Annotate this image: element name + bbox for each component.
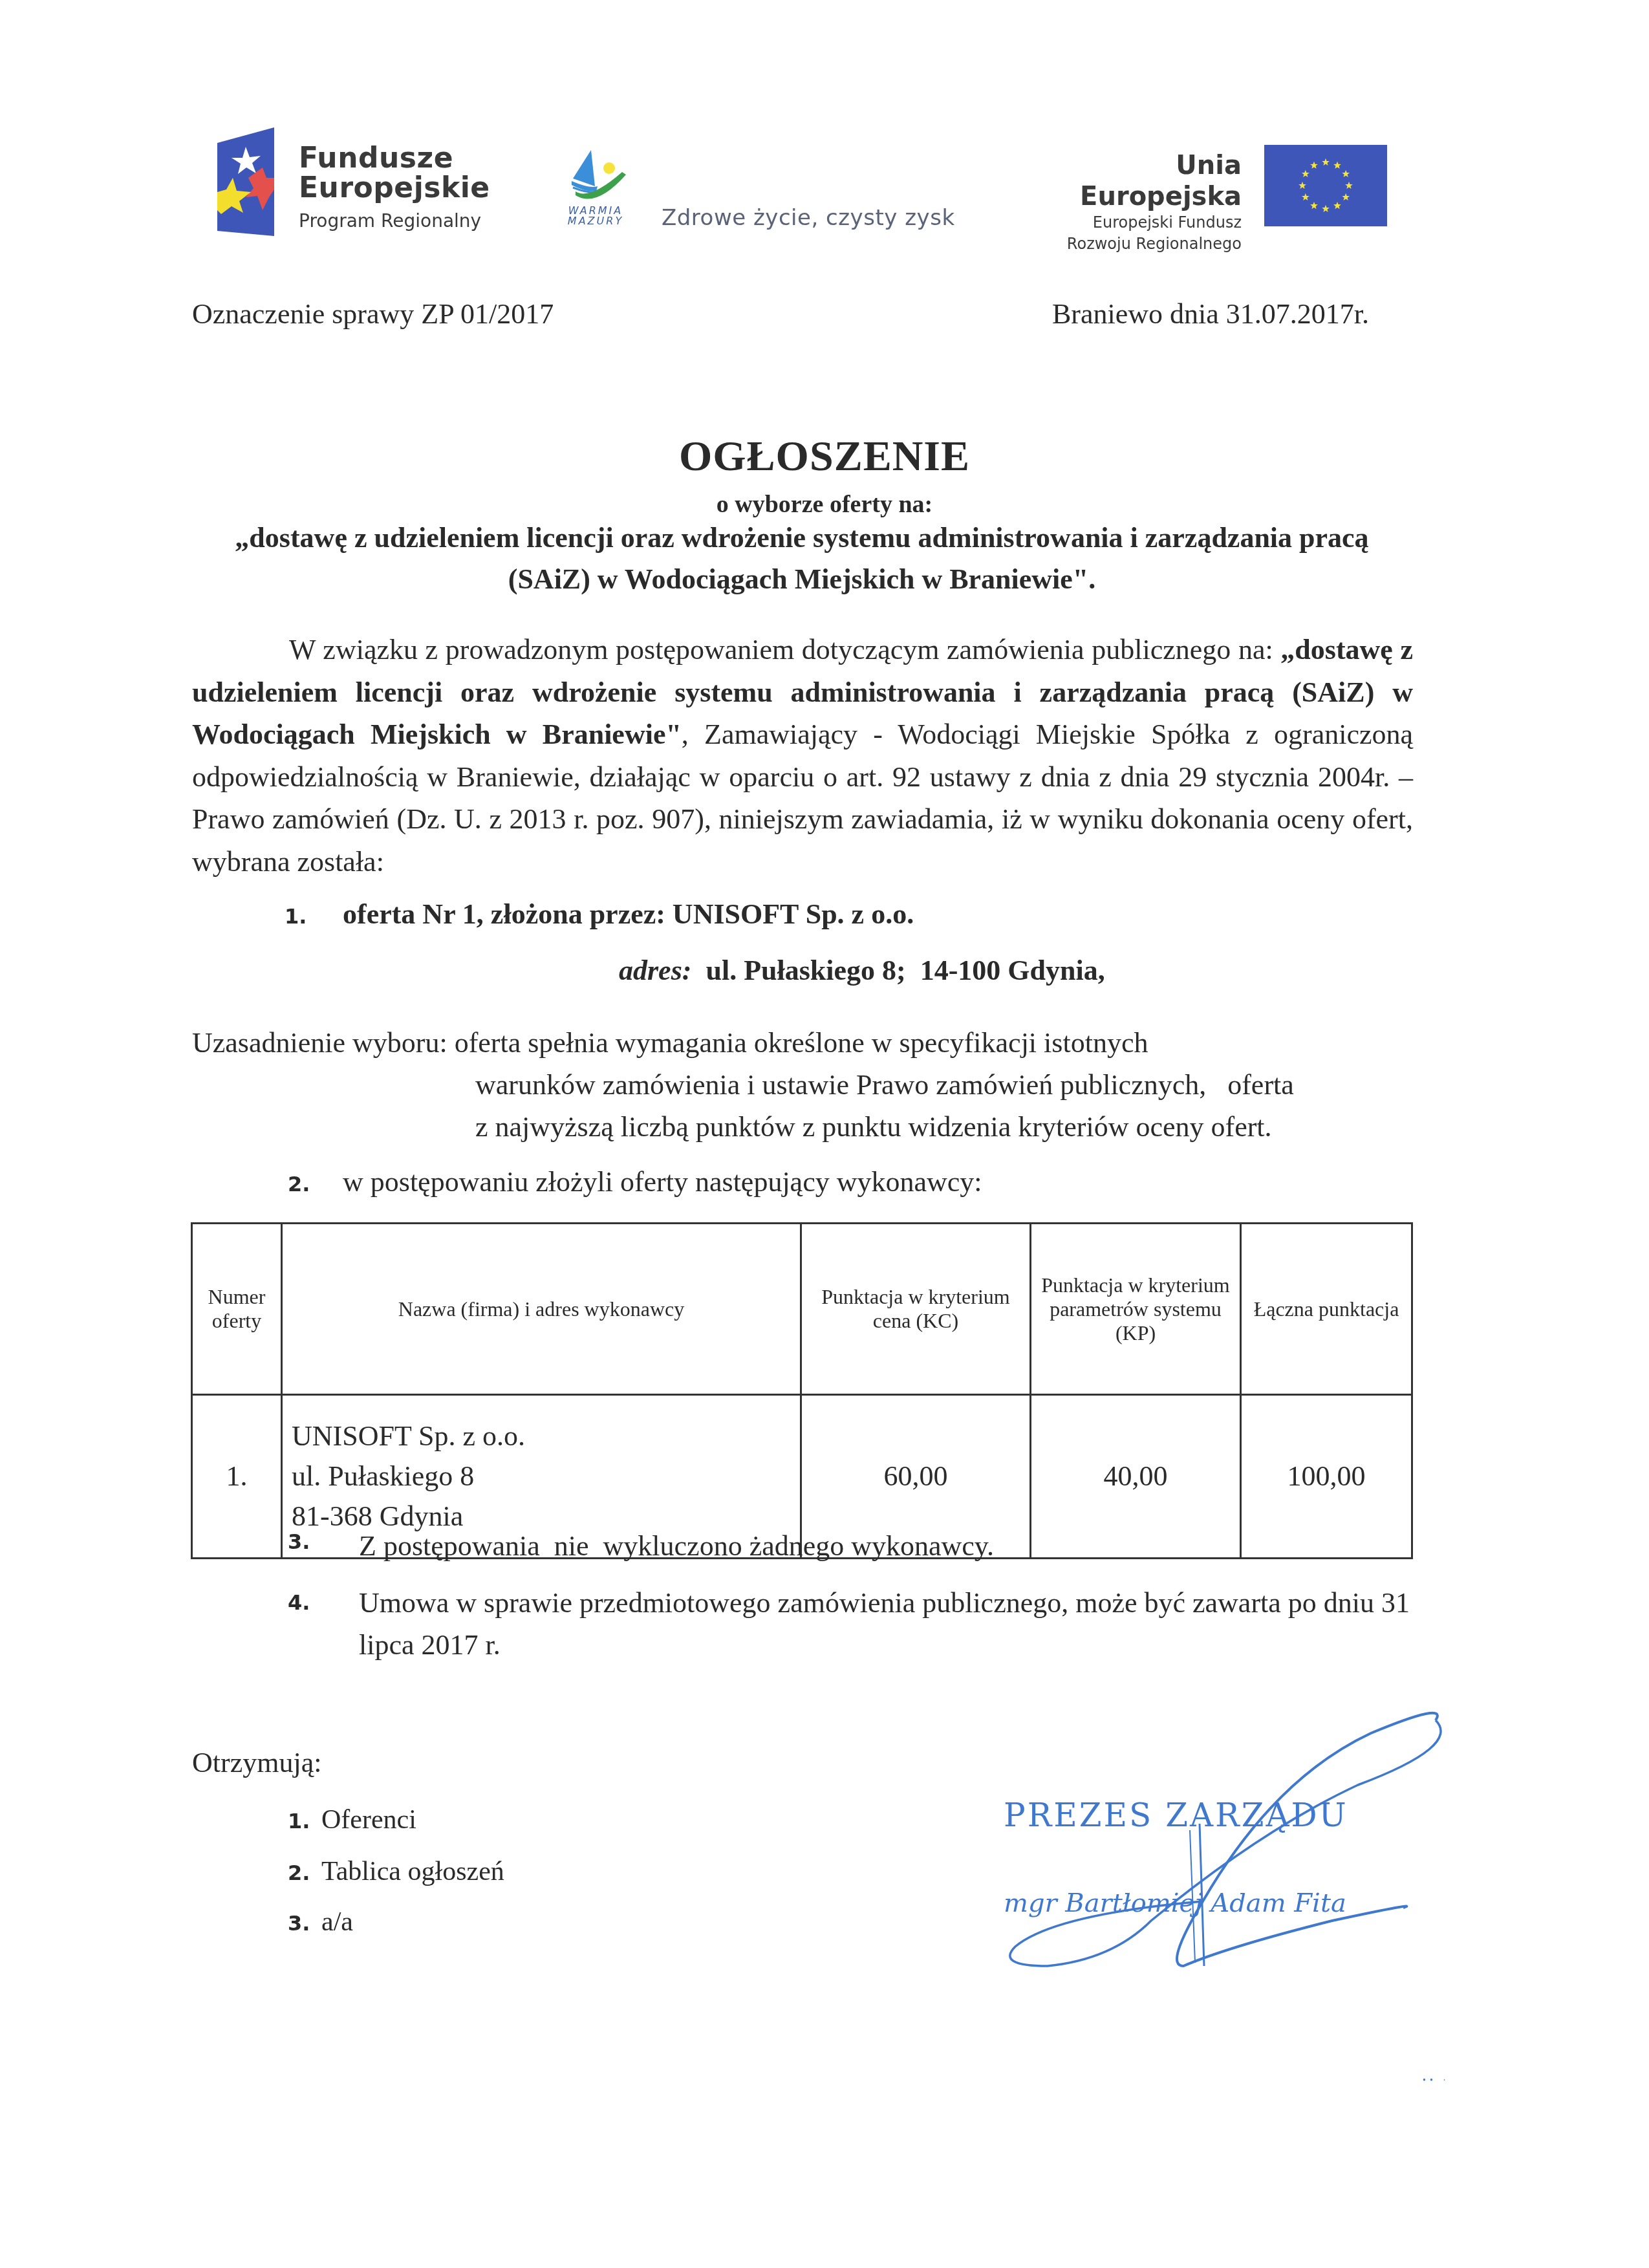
contractor-name: UNISOFT Sp. z o.o. bbox=[292, 1416, 800, 1456]
address-label: adres: bbox=[619, 955, 691, 986]
cell-total: 100,00 bbox=[1241, 1395, 1412, 1559]
body-paragraph: W związku z prowadzonym postępowaniem do… bbox=[192, 629, 1413, 883]
contractor-street: ul. Pułaskiego 8 bbox=[292, 1456, 800, 1496]
offers-table: Numer oferty Nazwa (firma) i adres wykon… bbox=[191, 1222, 1413, 1559]
list-number: 4. bbox=[288, 1582, 359, 1624]
selected-offer-text: oferta Nr 1, złożona przez: UNISOFT Sp. … bbox=[343, 898, 914, 930]
recipient-item: 2.Tablica ogłoszeń bbox=[288, 1856, 504, 1887]
list-number: 2. bbox=[288, 1172, 343, 1196]
fe-title-line1: Fundusze bbox=[299, 144, 490, 173]
document-subtitle: o wyborze oferty na: bbox=[0, 490, 1649, 519]
list-number: 1. bbox=[285, 904, 343, 929]
header-offer-number: Numer oferty bbox=[192, 1224, 282, 1395]
list-item-3: 3.Z postępowania nie wykluczono żadnego … bbox=[288, 1529, 994, 1562]
scan-specks: •• · bbox=[1423, 2076, 1450, 2086]
eu-title: Unia Europejska bbox=[1025, 150, 1242, 212]
fundusze-europejskie-stars-icon bbox=[217, 127, 274, 236]
recipient-item: 1.Oferenci bbox=[288, 1804, 416, 1835]
eu-subtitle-line2: Rozwoju Regionalnego bbox=[1025, 233, 1242, 255]
list-number: 2. bbox=[288, 1861, 321, 1885]
fe-subtitle: Program Regionalny bbox=[299, 208, 490, 234]
recipient-label: a/a bbox=[321, 1907, 353, 1937]
list-item-2: 2.w postępowaniu złożyli oferty następuj… bbox=[288, 1165, 982, 1198]
document-title: OGŁOSZENIE bbox=[0, 432, 1649, 481]
list-number: 3. bbox=[288, 1911, 321, 1936]
cell-offer-number: 1. bbox=[192, 1395, 282, 1559]
case-reference: Oznaczenie sprawy ZP 01/2017 bbox=[192, 297, 554, 330]
list-number: 1. bbox=[288, 1809, 321, 1833]
warmia-mazury-wordmark: WARMIA MAZURY bbox=[561, 206, 630, 226]
fe-title-line2: Europejskie bbox=[299, 173, 490, 203]
justification-line3: z najwyższą liczbą punktów z punktu widz… bbox=[192, 1106, 1294, 1148]
list-item-4: 4.Umowa w sprawie przedmiotowego zamówie… bbox=[288, 1582, 1426, 1666]
list-number: 3. bbox=[288, 1529, 359, 1554]
header-contractor: Nazwa (firma) i adres wykonawcy bbox=[282, 1224, 801, 1395]
recipient-label: Oferenci bbox=[321, 1805, 416, 1835]
justification: Uzasadnienie wyboru: oferta spełnia wyma… bbox=[192, 1022, 1294, 1148]
justification-line2: warunków zamówienia i ustawie Prawo zamó… bbox=[192, 1064, 1294, 1106]
cell-kp: 40,00 bbox=[1031, 1395, 1241, 1559]
selected-offer-address: adres: ul. Pułaskiego 8; 14-100 Gdynia, bbox=[619, 954, 1105, 987]
list-item-text: Umowa w sprawie przedmiotowego zamówieni… bbox=[359, 1582, 1426, 1666]
address-value: ul. Pułaskiego 8; 14-100 Gdynia, bbox=[691, 955, 1105, 986]
warmia-mazury-sail-icon bbox=[564, 149, 635, 207]
signature-icon bbox=[970, 1707, 1461, 1979]
recipient-item: 3.a/a bbox=[288, 1906, 353, 1938]
table-header-row: Numer oferty Nazwa (firma) i adres wykon… bbox=[192, 1224, 1412, 1395]
eu-flag-icon bbox=[1264, 145, 1387, 226]
procurement-subject: „dostawę z udzieleniem licencji oraz wdr… bbox=[194, 517, 1410, 600]
list-item-text: w postępowaniu złożyli oferty następując… bbox=[343, 1166, 982, 1198]
header-total: Łączna punktacja bbox=[1241, 1224, 1412, 1395]
fundusze-europejskie-logo-text: Fundusze Europejskie Program Regionalny bbox=[299, 144, 490, 234]
selected-offer: 1.oferta Nr 1, złożona przez: UNISOFT Sp… bbox=[285, 898, 914, 931]
place-and-date: Braniewo dnia 31.07.2017r. bbox=[1052, 297, 1369, 330]
body-intro: W związku z prowadzonym postępowaniem do… bbox=[289, 634, 1273, 665]
recipients-title: Otrzymują: bbox=[192, 1746, 321, 1779]
warmia-slogan: Zdrowe życie, czysty zysk bbox=[662, 205, 955, 231]
recipient-label: Tablica ogłoszeń bbox=[321, 1857, 504, 1886]
eu-subtitle-line1: Europejski Fundusz bbox=[1025, 212, 1242, 233]
list-item-text: Z postępowania nie wykluczono żadnego wy… bbox=[359, 1530, 994, 1562]
header-kp: Punktacja w kryterium parametrów systemu… bbox=[1031, 1224, 1241, 1395]
justification-line1: Uzasadnienie wyboru: oferta spełnia wyma… bbox=[192, 1022, 1294, 1064]
wm-name-line2: MAZURY bbox=[561, 216, 630, 226]
eu-logo-text: Unia Europejska Europejski Fundusz Rozwo… bbox=[1025, 150, 1242, 255]
header-kc: Punktacja w kryterium cena (KC) bbox=[801, 1224, 1031, 1395]
